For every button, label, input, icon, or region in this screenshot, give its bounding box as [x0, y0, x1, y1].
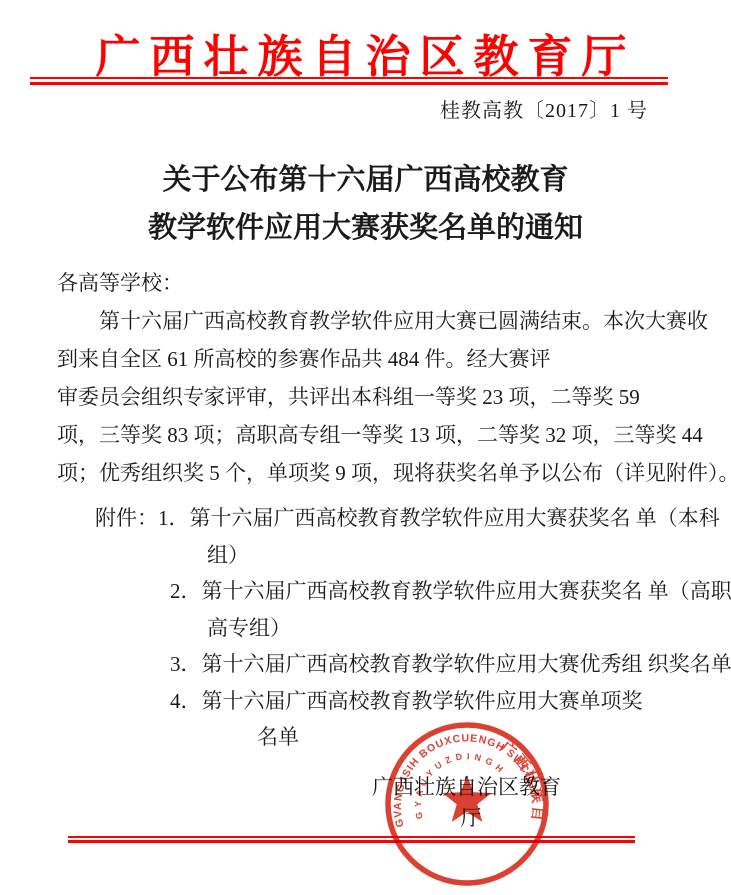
body-line: 到来自全区 61 所高校的参赛作品共 484 件。经大赛评	[0, 340, 731, 378]
document-title-line-1: 关于公布第十六届广西高校教育	[0, 156, 731, 204]
body-line: 审委员会组织专家评审，共评出本科组一等奖 23 项，二等奖 59	[0, 378, 731, 416]
letterhead-agency-name: 广西壮族自治区教育厅	[0, 20, 731, 85]
official-seal-stamp: GVANGJSIH BOUXCUENGH SWCIGIH G Y A U Y U…	[381, 718, 553, 890]
attachment-item-2: 2．第十六届广西高校教育教学软件应用大赛获奖名 单（高职	[0, 573, 731, 610]
document-body: 各高等学校： 第十六届广西高校教育教学软件应用大赛已圆满结束。本次大赛收 到来自…	[0, 264, 731, 492]
document-number: 桂教高教〔2017〕1 号	[440, 94, 648, 123]
salutation: 各高等学校：	[0, 264, 731, 302]
document-title-line-2: 教学软件应用大赛获奖名单的通知	[0, 204, 731, 252]
official-document-page: 广西壮族自治区教育厅 桂教高教〔2017〕1 号 关于公布第十六届广西高校教育 …	[0, 0, 731, 895]
seal-star-icon	[442, 775, 491, 822]
attachments-list: 附件：1．第十六届广西高校教育教学软件应用大赛获奖名 单（本科 组） 2．第十六…	[0, 500, 731, 756]
letterhead-divider-line	[30, 77, 668, 85]
body-line: 第十六届广西高校教育教学软件应用大赛已圆满结束。本次大赛收	[0, 302, 731, 340]
body-line: 项；优秀组织奖 5 个，单项奖 9 项，现将获奖名单予以公布（详见附件）。	[0, 454, 731, 492]
attachment-item-1-cont: 组）	[0, 537, 731, 574]
attachment-item-4: 4．第十六届广西高校教育教学软件应用大赛单项奖	[0, 683, 731, 720]
document-title: 关于公布第十六届广西高校教育 教学软件应用大赛获奖名单的通知	[0, 156, 731, 252]
attachment-item-3: 3．第十六届广西高校教育教学软件应用大赛优秀组 织奖名单	[0, 646, 731, 683]
body-line: 项，三等奖 83 项；高职高专组一等奖 13 项，二等奖 32 项，三等奖 44	[0, 416, 731, 454]
attachment-item-1: 附件：1．第十六届广西高校教育教学软件应用大赛获奖名 单（本科	[0, 500, 731, 537]
attachment-item-4-cont: 名单	[0, 719, 731, 756]
attachment-item-2-cont: 高专组）	[0, 610, 731, 647]
